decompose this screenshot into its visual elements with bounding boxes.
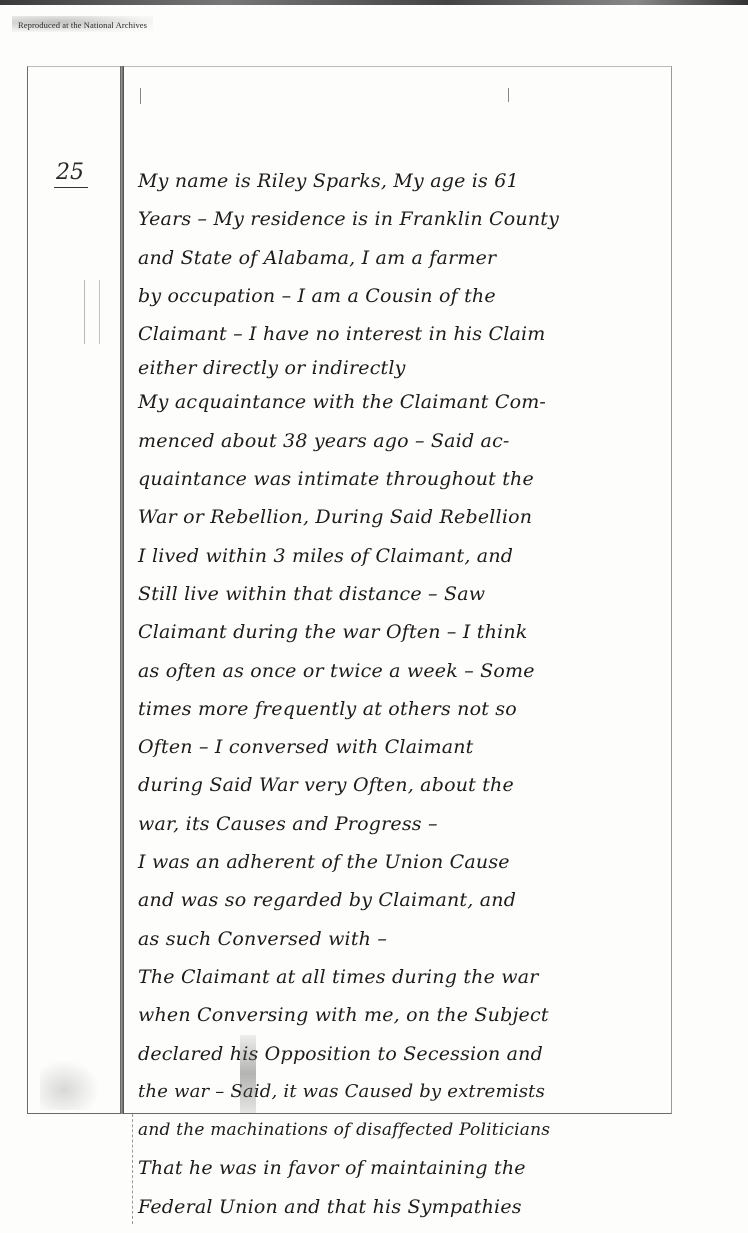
text-line: Claimant during the war Often – I think: [138, 613, 668, 651]
text-line: by occupation – I am a Cousin of the: [138, 277, 668, 315]
pencil-tick: [508, 88, 509, 102]
text-line: I was an adherent of the Union Cause: [138, 843, 668, 881]
text-line: times more frequently at others not so: [138, 690, 668, 728]
text-line: Years – My residence is in Franklin Coun…: [138, 200, 668, 238]
text-line: Claimant – I have no interest in his Cla…: [138, 315, 668, 353]
handwritten-testimony: My name is Riley Sparks, My age is 61 Ye…: [138, 162, 668, 1226]
margin-rule-extension: [132, 1114, 134, 1224]
text-line: Federal Union and that his Sympathies: [138, 1188, 668, 1226]
text-line: as often as once or twice a week – Some: [138, 652, 668, 690]
text-line: That he was in favor of maintaining the: [138, 1149, 668, 1187]
pencil-tick: [140, 88, 141, 104]
text-line: and State of Alabama, I am a farmer: [138, 239, 668, 277]
scan-top-edge: [0, 0, 748, 5]
text-line: the war – Said, it was Caused by extremi…: [138, 1073, 668, 1111]
ink-smudge: [240, 1035, 256, 1113]
folio-number: 25: [54, 160, 88, 188]
text-line: and the machinations of disaffected Poli…: [138, 1111, 668, 1149]
text-line: and was so regarded by Claimant, and: [138, 881, 668, 919]
text-line: quaintance was intimate throughout the: [138, 460, 668, 498]
text-line: declared his Opposition to Secession and: [138, 1035, 668, 1073]
text-line: My name is Riley Sparks, My age is 61: [138, 162, 668, 200]
text-line: during Said War very Often, about the: [138, 766, 668, 804]
archive-stamp: Reproduced at the National Archives: [12, 16, 153, 32]
text-line: Still live within that distance – Saw: [138, 575, 668, 613]
text-line: either directly or indirectly: [138, 353, 668, 383]
scan-smudge: [40, 1060, 100, 1110]
text-line: Often – I conversed with Claimant: [138, 728, 668, 766]
text-line: when Conversing with me, on the Subject: [138, 996, 668, 1034]
text-line: I lived within 3 miles of Claimant, and: [138, 537, 668, 575]
text-line: as such Conversed with –: [138, 920, 668, 958]
text-line: War or Rebellion, During Said Rebellion: [138, 498, 668, 536]
text-line: My acquaintance with the Claimant Com-: [138, 383, 668, 421]
margin-marks: [84, 280, 100, 344]
text-line: The Claimant at all times during the war: [138, 958, 668, 996]
margin-rule: [120, 66, 124, 1114]
text-line: war, its Causes and Progress –: [138, 805, 668, 843]
text-line: menced about 38 years ago – Said ac-: [138, 422, 668, 460]
